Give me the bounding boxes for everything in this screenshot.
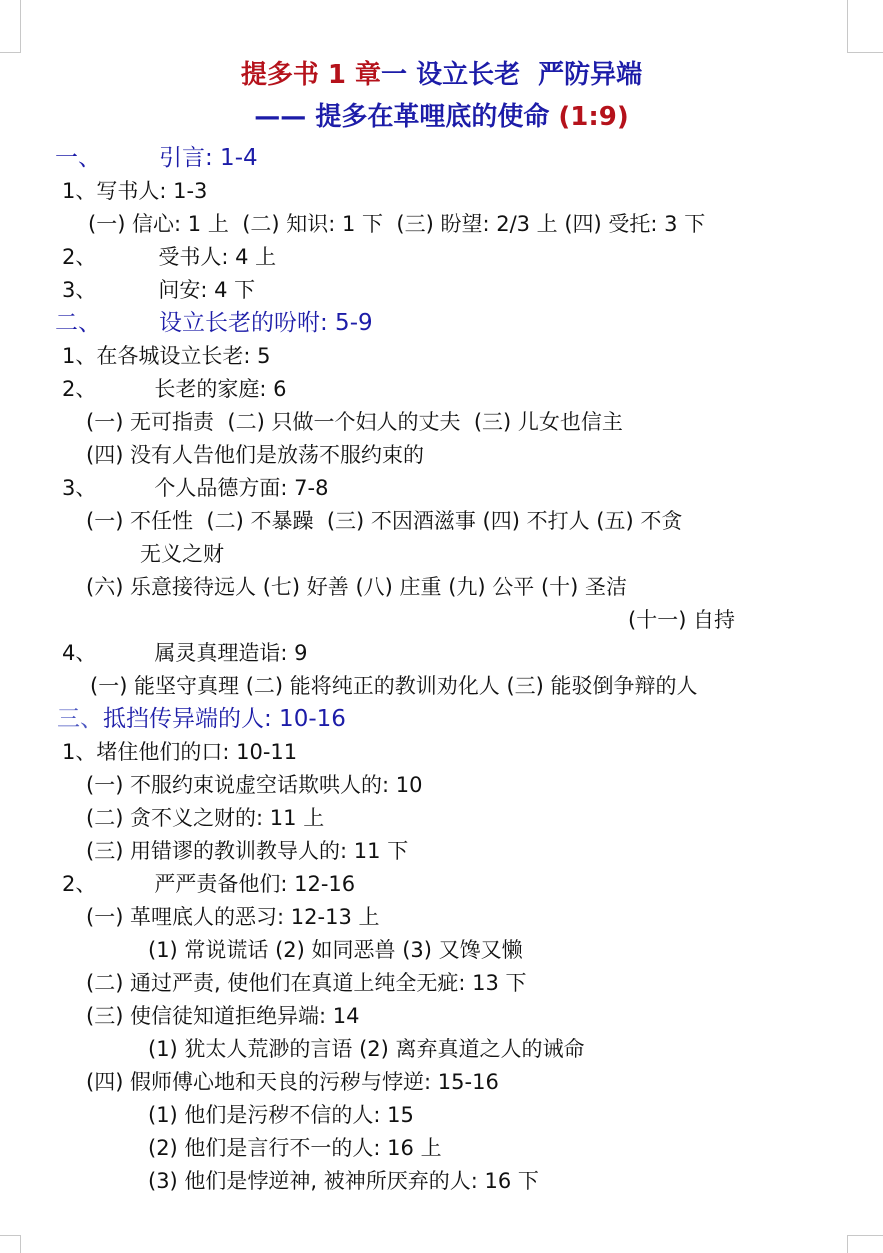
document-subtitle: —— 提多在革哩底的使命 (1:9): [0, 100, 883, 134]
section-heading-3: 三、抵挡传异端的人: 10-16: [57, 704, 346, 734]
outline-subitem: (三) 使信徒知道拒绝异端: 14: [86, 1001, 360, 1031]
outline-subitem: (二) 贪不义之财的: 11 上: [86, 803, 324, 833]
outline-subitem: (四) 假师傅心地和天良的污秽与悖逆: 15-16: [86, 1067, 499, 1097]
outline-subsubitem: (3) 他们是悖逆神, 被神所厌弃的人: 16 下: [148, 1166, 539, 1196]
outline-continuation: 无义之财: [140, 539, 224, 569]
crop-mark-top-right-h: [847, 52, 883, 53]
crop-mark-bottom-right-v: [847, 1235, 848, 1253]
crop-mark-top-left-h: [0, 52, 21, 53]
section-heading-1: 一、引言: 1-4: [55, 143, 258, 173]
outline-subitem-right: (十一) 自持: [628, 605, 735, 635]
section-heading-2: 二、设立长老的吩咐: 5-9: [55, 308, 373, 338]
subtitle-reference: (1:9): [558, 102, 628, 132]
outline-item: 4、属灵真理造诣: 9: [62, 638, 308, 668]
outline-item: 3、问安: 4 下: [62, 275, 255, 305]
outline-subsubitem: (2) 他们是言行不一的人: 16 上: [148, 1133, 442, 1163]
outline-subitem: (六) 乐意接待远人 (七) 好善 (八) 庄重 (九) 公平 (十) 圣洁: [86, 572, 627, 602]
crop-mark-top-left-v: [20, 0, 21, 52]
outline-subsubitem: (1) 犹太人荒渺的言语 (2) 离弃真道之人的诫命: [148, 1034, 585, 1064]
outline-subitem: (四) 没有人告他们是放荡不服约束的: [86, 440, 424, 470]
outline-item: 2、严严责备他们: 12-16: [62, 869, 355, 899]
outline-subitem: (一) 不服约束说虚空话欺哄人的: 10: [86, 770, 423, 800]
outline-item: 2、受书人: 4 上: [62, 242, 276, 272]
outline-subsubitem: (1) 他们是污秽不信的人: 15: [148, 1100, 414, 1130]
outline-item: 1、堵住他们的口: 10-11: [62, 737, 297, 767]
outline-subitem: (二) 通过严责, 使他们在真道上纯全无疵: 13 下: [86, 968, 527, 998]
crop-mark-bottom-left-v: [20, 1235, 21, 1253]
title-book-chapter: 提多书 1 章: [241, 60, 381, 90]
outline-subitem: (三) 用错谬的教训教导人的: 11 下: [86, 836, 408, 866]
outline-item: 1、写书人: 1-3: [62, 176, 207, 206]
document-title: 提多书 1 章一 设立长老 严防异端: [0, 58, 883, 92]
outline-subitem: (一) 能坚守真理 (二) 能将纯正的教训劝化人 (三) 能驳倒争辩的人: [90, 671, 698, 701]
crop-mark-bottom-right-h: [847, 1235, 883, 1236]
subtitle-text: —— 提多在革哩底的使命: [254, 102, 558, 132]
outline-subsubitem: (1) 常说谎话 (2) 如同恶兽 (3) 又馋又懒: [148, 935, 523, 965]
outline-subitem: (一) 信心: 1 上 (二) 知识: 1 下 (三) 盼望: 2/3 上 (四…: [88, 209, 705, 239]
outline-subitem: (一) 不任性 (二) 不暴躁 (三) 不因酒滋事 (四) 不打人 (五) 不贪: [86, 506, 682, 536]
outline-subitem: (一) 无可指责 (二) 只做一个妇人的丈夫 (三) 儿女也信主: [86, 407, 623, 437]
title-theme: 一 设立长老 严防异端: [381, 60, 642, 90]
crop-mark-top-right-v: [847, 0, 848, 52]
outline-item: 2、长老的家庭: 6: [62, 374, 287, 404]
outline-item: 1、在各城设立长老: 5: [62, 341, 270, 371]
outline-subitem: (一) 革哩底人的恶习: 12-13 上: [86, 902, 380, 932]
outline-item: 3、个人品德方面: 7-8: [62, 473, 328, 503]
crop-mark-bottom-left-h: [0, 1235, 21, 1236]
